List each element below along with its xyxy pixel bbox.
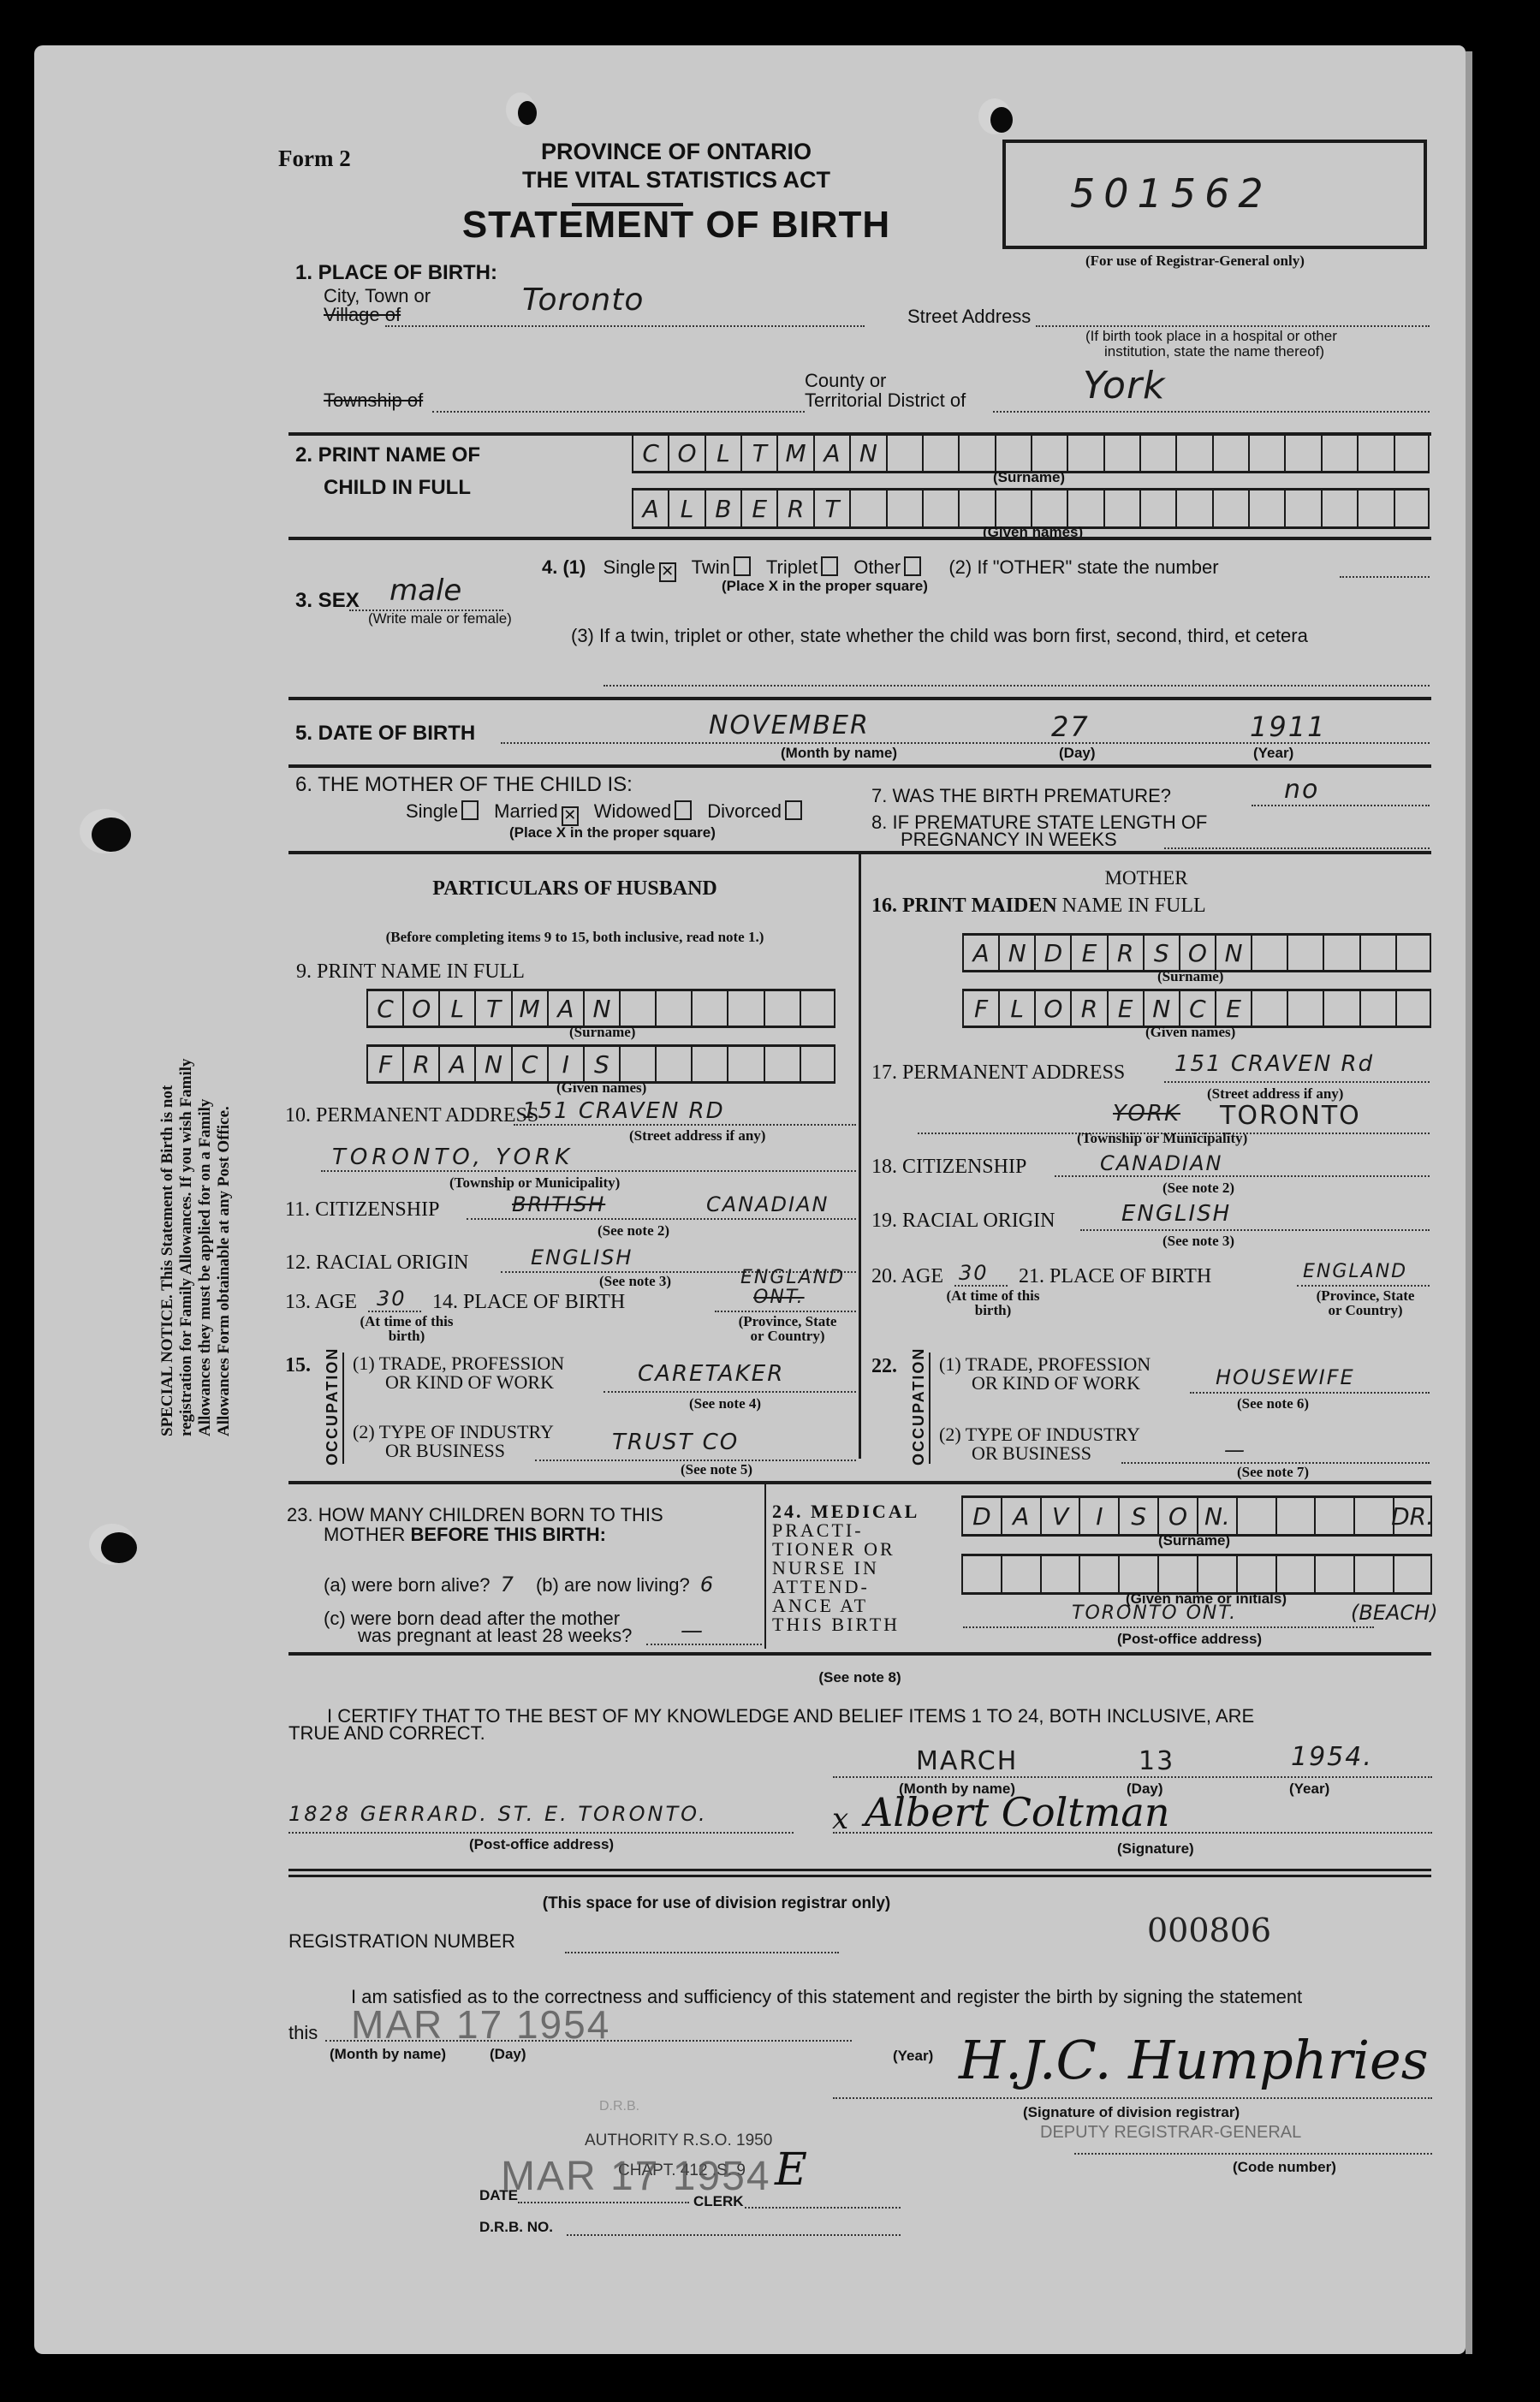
husband-surname-boxes[interactable]: COLTMAN: [366, 989, 835, 1028]
child-surname-cell[interactable]: [922, 435, 958, 471]
mother-address-street[interactable]: 151 CRAVEN Rd: [1174, 1051, 1374, 1077]
husband-industry-label-2: OR BUSINESS: [353, 1440, 505, 1461]
drb-no-label: D.R.B. NO.: [479, 2219, 553, 2236]
attendant-surname-cell[interactable]: V: [1040, 1498, 1079, 1534]
mother-given-cell[interactable]: [1359, 991, 1395, 1026]
child-name-label-2: CHILD IN FULL: [324, 476, 471, 500]
child-given-cell[interactable]: [1357, 491, 1393, 526]
child-surname-cell[interactable]: [1175, 435, 1211, 471]
child-given-cell[interactable]: [995, 491, 1031, 526]
husband-surname-cell[interactable]: [691, 991, 727, 1026]
husband-surname-cell[interactable]: [800, 991, 835, 1026]
child-given-cell[interactable]: [1139, 491, 1175, 526]
mother-given-cell[interactable]: F: [962, 991, 998, 1026]
mother-birthplace-value[interactable]: ENGLAND: [1303, 1261, 1407, 1282]
child-surname-cell[interactable]: N: [849, 435, 885, 471]
husband-trade-label: (1) TRADE, PROFESSIONOR KIND OF WORK: [353, 1354, 564, 1392]
child-given-cell[interactable]: [1175, 491, 1211, 526]
form-label: Form 2: [278, 146, 351, 172]
street-note-2: institution, state the name thereof): [1104, 343, 1324, 360]
child-given-cell[interactable]: A: [632, 491, 668, 526]
mother-trade-label: (1) TRADE, PROFESSIONOR KIND OF WORK: [939, 1355, 1151, 1393]
child-surname-cell[interactable]: [1357, 435, 1393, 471]
husband-surname-cell[interactable]: O: [402, 991, 438, 1026]
child-given-cell[interactable]: [849, 491, 885, 526]
plurality-caption: (Place X in the proper square): [722, 578, 928, 595]
special-notice-line-1: SPECIAL NOTICE. This Statement of Birth …: [158, 1058, 177, 1436]
husband-surname-cell[interactable]: [727, 991, 763, 1026]
mother-citizenship-line: [1055, 1175, 1430, 1177]
husband-surname-cell[interactable]: A: [547, 991, 583, 1026]
attendant-given-boxes[interactable]: [961, 1554, 1432, 1595]
registration-number-value[interactable]: 000806: [1147, 1911, 1271, 1949]
mother-status-option-label: Divorced: [707, 800, 782, 822]
mother-municipality-struck: YORK: [1113, 1101, 1180, 1127]
hole-punch-top-right-icon: [990, 107, 1013, 133]
mother-address-street-caption: (Street address if any): [1207, 1085, 1343, 1103]
child-surname-cell[interactable]: [886, 435, 922, 471]
mother-name-label-suffix: NAME IN FULL: [1062, 895, 1206, 917]
attendant-surname-cell[interactable]: N.: [1197, 1498, 1236, 1534]
child-surname-cell[interactable]: [1067, 435, 1103, 471]
sex-value[interactable]: male: [389, 574, 461, 608]
registrar-year-caption: (Year): [893, 2048, 933, 2065]
mother-age-line: [954, 1285, 1008, 1287]
attendant-label-line: TIONER OR: [772, 1540, 919, 1559]
child-surname-cell[interactable]: T: [740, 435, 776, 471]
husband-given-cell[interactable]: C: [511, 1047, 547, 1081]
children-label-2-bold: BEFORE THIS BIRTH:: [410, 1524, 606, 1545]
child-given-cell[interactable]: [1103, 491, 1139, 526]
attendant-label: 24. MEDICALPRACTI-TIONER ORNURSE INATTEN…: [772, 1502, 919, 1634]
mother-address-municipality[interactable]: TORONTO: [1220, 1101, 1361, 1131]
husband-age-caption: (At time of thisbirth): [347, 1314, 467, 1343]
mother-citizenship-label: 18. CITIZENSHIP: [871, 1156, 1026, 1179]
checkbox-icon[interactable]: [904, 556, 921, 576]
mother-status-label: 6. THE MOTHER OF THE CHILD IS:: [295, 773, 633, 797]
mother-given-caption: (Given names): [1145, 1024, 1235, 1041]
authority-line-1: AUTHORITY R.S.O. 1950: [585, 2131, 772, 2150]
child-surname-cell[interactable]: [1321, 435, 1357, 471]
checkbox-icon[interactable]: [461, 800, 479, 820]
husband-given-cell[interactable]: F: [366, 1047, 402, 1081]
attendant-address-extra[interactable]: (BEACH): [1351, 1601, 1438, 1625]
mother-surname-cell[interactable]: [1251, 936, 1287, 970]
mother-surname-cell[interactable]: [1323, 936, 1359, 970]
registrar-this-label: this: [288, 2022, 318, 2044]
child-given-cell[interactable]: R: [776, 491, 812, 526]
attendant-given-cell[interactable]: [1118, 1556, 1157, 1592]
husband-birthplace-line: [715, 1311, 856, 1312]
child-given-cell[interactable]: E: [740, 491, 776, 526]
drb-no-line: [567, 2234, 901, 2236]
mother-trade-value[interactable]: HOUSEWIFE: [1216, 1365, 1355, 1389]
column-divider: [859, 853, 861, 1459]
husband-occupation-bar: [342, 1353, 344, 1464]
husband-citizenship-label: 11. CITIZENSHIP: [285, 1198, 439, 1222]
child-given-cell[interactable]: [1321, 491, 1357, 526]
husband-trade-value[interactable]: CARETAKER: [638, 1361, 784, 1387]
husband-occupation-side-label: OCCUPATION: [324, 1347, 342, 1466]
clerk-line: [745, 2207, 901, 2209]
child-surname-boxes[interactable]: COLTMAN: [632, 432, 1430, 473]
mother-surname-cell[interactable]: A: [962, 936, 998, 970]
certify-address-caption: (Post-office address): [469, 1836, 614, 1853]
child-surname-cell[interactable]: C: [632, 435, 668, 471]
registrar-signature-value[interactable]: H.J.C. Humphries: [959, 2029, 1429, 2091]
mother-given-cell[interactable]: C: [1179, 991, 1215, 1026]
attendant-given-cell[interactable]: [961, 1556, 1001, 1592]
pregnancy-length-label-2: PREGNANCY IN WEEKS: [901, 829, 1117, 851]
mother-name-label: 16. PRINT MAIDEN NAME IN FULL: [871, 895, 1206, 918]
mother-origin-value[interactable]: ENGLISH: [1121, 1201, 1231, 1227]
attendant-surname-cell[interactable]: [1236, 1498, 1275, 1534]
attendant-surname-cell[interactable]: A: [1001, 1498, 1040, 1534]
registrar-space-note: (This space for use of division registra…: [288, 1894, 1145, 1913]
husband-occupation-number: 15.: [285, 1354, 311, 1377]
child-surname-cell[interactable]: [958, 435, 994, 471]
attendant-surname-cell[interactable]: O: [1157, 1498, 1197, 1534]
child-surname-cell[interactable]: [1284, 435, 1320, 471]
child-surname-cell[interactable]: [995, 435, 1031, 471]
husband-industry-value[interactable]: TRUST CO: [612, 1430, 739, 1455]
mother-industry-label-2: OR BUSINESS: [939, 1442, 1091, 1464]
mother-surname-cell[interactable]: O: [1179, 936, 1215, 970]
place-of-birth-label: 1. PLACE OF BIRTH:: [295, 261, 497, 285]
child-given-cell[interactable]: B: [705, 491, 740, 526]
mother-address-label: 17. PERMANENT ADDRESS: [871, 1061, 1125, 1085]
attendant-address-caption: (Post-office address): [1117, 1631, 1262, 1648]
husband-origin-caption: (See note 3): [599, 1273, 671, 1290]
husband-address-street-caption: (Street address if any): [629, 1127, 765, 1145]
husband-age-value[interactable]: 30: [377, 1287, 407, 1311]
born-dead-value[interactable]: —: [681, 1618, 705, 1644]
attendant-surname-cell[interactable]: [1314, 1498, 1353, 1534]
husband-address-municipality[interactable]: TORONTO, YORK: [332, 1145, 574, 1170]
certify-year-value[interactable]: 1954.: [1291, 1742, 1373, 1772]
child-surname-cell[interactable]: [1212, 435, 1248, 471]
mother-given-cell[interactable]: [1251, 991, 1287, 1026]
plurality-options: Single✕TwinTripletOther: [591, 556, 925, 578]
child-given-boxes[interactable]: ALBERT: [632, 488, 1430, 529]
husband-citizenship-value[interactable]: CANADIAN: [706, 1192, 829, 1216]
attendant-given-cell[interactable]: [1157, 1556, 1197, 1592]
plurality-option: Other: [853, 556, 925, 578]
city-line: [385, 325, 865, 327]
other-number-label: (2) If "OTHER" state the number: [948, 556, 1218, 578]
signature-value[interactable]: Albert Coltman: [865, 1789, 1169, 1835]
attendant-surname-boxes[interactable]: DAVISON.DR.: [961, 1495, 1432, 1537]
checkbox-icon[interactable]: [785, 800, 802, 820]
husband-surname-cell[interactable]: N: [583, 991, 619, 1026]
child-given-cell[interactable]: [1067, 491, 1103, 526]
code-number-line: [1074, 2153, 1432, 2155]
mother-status-option-label: Widowed: [594, 800, 671, 822]
mother-age-caption: (At time of thisbirth): [933, 1288, 1053, 1317]
child-name-label-1: 2. PRINT NAME OF: [295, 443, 480, 467]
mother-given-cell[interactable]: [1395, 991, 1431, 1026]
plurality-option-label: Single: [603, 556, 655, 578]
mother-surname-cell[interactable]: D: [1034, 936, 1070, 970]
attendant-surname-cell[interactable]: [1353, 1498, 1393, 1534]
husband-industry-caption: (See note 5): [681, 1461, 752, 1478]
act-heading: THE VITAL STATISTICS ACT: [411, 167, 942, 193]
attendant-given-cell[interactable]: [1353, 1556, 1393, 1592]
child-surname-cell[interactable]: [1394, 435, 1430, 471]
child-surname-cell[interactable]: L: [705, 435, 740, 471]
mother-origin-line: [1080, 1229, 1430, 1231]
premature-line: [1252, 805, 1430, 806]
birth-month-value[interactable]: NOVEMBER: [709, 710, 870, 740]
mother-surname-cell[interactable]: R: [1107, 936, 1143, 970]
plurality-option: Single✕: [603, 556, 679, 578]
attendant-given-cell[interactable]: [1275, 1556, 1315, 1592]
mother-surname-boxes[interactable]: ANDERSON: [962, 933, 1431, 972]
plurality-option-label: Twin: [692, 556, 730, 578]
mother-given-cell[interactable]: E: [1107, 991, 1143, 1026]
mother-trade-label-2: OR KIND OF WORK: [939, 1372, 1140, 1394]
child-given-cell[interactable]: [958, 491, 994, 526]
husband-given-cell[interactable]: I: [547, 1047, 583, 1081]
section-divider-6: [288, 1481, 1431, 1484]
attendant-surname-cell[interactable]: I: [1079, 1498, 1118, 1534]
certify-address-line: [288, 1832, 794, 1834]
date-of-birth-label: 5. DATE OF BIRTH: [295, 722, 475, 746]
child-given-cell[interactable]: T: [813, 491, 849, 526]
husband-surname-cell[interactable]: [655, 991, 691, 1026]
registrar-note: (For use of Registrar-General only): [1085, 253, 1305, 270]
birth-year-value[interactable]: 1911: [1250, 710, 1326, 743]
husband-given-cell[interactable]: [655, 1047, 691, 1081]
certify-statement-2: TRUE AND CORRECT.: [288, 1722, 485, 1745]
township-line: [432, 411, 805, 413]
husband-surname-cell[interactable]: [619, 991, 655, 1026]
mother-surname-cell[interactable]: E: [1070, 936, 1106, 970]
township-label: Township of: [324, 389, 423, 412]
attendant-given-cell[interactable]: [1314, 1556, 1353, 1592]
plurality-option: Twin: [692, 556, 754, 578]
mother-age-value[interactable]: 30: [959, 1261, 989, 1285]
mother-birthplace-line: [1297, 1285, 1430, 1287]
husband-given-cell[interactable]: [619, 1047, 655, 1081]
husband-given-caption: (Given names): [556, 1079, 646, 1097]
date-line: [518, 2202, 689, 2203]
husband-surname-cell[interactable]: C: [366, 991, 402, 1026]
husband-given-cell[interactable]: [800, 1047, 835, 1081]
mother-surname-cell[interactable]: [1395, 936, 1431, 970]
attendant-given-cell[interactable]: [1001, 1556, 1040, 1592]
husband-industry-label: (2) TYPE OF INDUSTRYOR BUSINESS: [353, 1423, 554, 1460]
husband-surname-cell[interactable]: L: [438, 991, 474, 1026]
now-living-value[interactable]: 6: [700, 1573, 715, 1596]
husband-given-cell[interactable]: [727, 1047, 763, 1081]
mother-surname-caption: (Surname): [1157, 968, 1223, 985]
husband-given-boxes[interactable]: FRANCIS: [366, 1044, 835, 1084]
attendant-label-line: ATTEND-: [772, 1578, 919, 1596]
page-title: STATEMENT OF BIRTH: [402, 204, 950, 247]
husband-address-line: [514, 1124, 856, 1126]
attendant-surname-cell[interactable]: S: [1118, 1498, 1157, 1534]
hole-punch-left-lower-icon: [101, 1532, 137, 1563]
husband-surname-cell[interactable]: T: [474, 991, 510, 1026]
code-number-caption: (Code number): [1233, 2159, 1336, 2176]
checkbox-icon[interactable]: [821, 556, 838, 576]
attendant-given-cell[interactable]: [1236, 1556, 1275, 1592]
province-heading: PROVINCE OF ONTARIO: [428, 139, 925, 165]
husband-birthplace-value[interactable]: ENGLAND: [740, 1267, 845, 1288]
registrar-number-box: 501562: [1002, 140, 1427, 249]
child-given-cell[interactable]: [1248, 491, 1284, 526]
husband-citizenship-struck: BRITISH: [512, 1192, 605, 1216]
mother-birthplace-caption: (Province, Stateor Country): [1288, 1288, 1442, 1317]
child-given-cell[interactable]: [922, 491, 958, 526]
mother-address-line: [1164, 1081, 1430, 1083]
husband-address-label: 10. PERMANENT ADDRESS: [285, 1104, 538, 1127]
husband-given-cell[interactable]: S: [583, 1047, 619, 1081]
signature-caption: (Signature): [1117, 1840, 1194, 1858]
child-surname-cell[interactable]: M: [776, 435, 812, 471]
mother-industry-label: (2) TYPE OF INDUSTRYOR BUSINESS: [939, 1425, 1140, 1463]
husband-given-cell[interactable]: A: [438, 1047, 474, 1081]
child-given-cell[interactable]: [1394, 491, 1430, 526]
mother-status-option: Single: [406, 800, 482, 822]
mother-given-cell[interactable]: O: [1034, 991, 1070, 1026]
mother-surname-cell[interactable]: [1287, 936, 1323, 970]
see-note-8: (See note 8): [288, 1669, 1431, 1686]
registrar-signature-caption: (Signature of division registrar): [1023, 2104, 1240, 2121]
premature-value[interactable]: no: [1284, 775, 1319, 805]
mother-industry-caption: (See note 7): [1237, 1464, 1309, 1481]
birth-day-value[interactable]: 27: [1051, 710, 1090, 743]
husband-given-cell[interactable]: [764, 1047, 800, 1081]
husband-given-cell[interactable]: N: [474, 1047, 510, 1081]
husband-surname-caption: (Surname): [569, 1024, 635, 1041]
child-surname-cell[interactable]: [1031, 435, 1067, 471]
county-value[interactable]: York: [1083, 364, 1166, 407]
page-edge-shadow: [1466, 51, 1472, 2354]
mother-surname-cell[interactable]: N: [1215, 936, 1251, 970]
attendant-given-cell[interactable]: [1197, 1556, 1236, 1592]
checkbox-icon[interactable]: [675, 800, 692, 820]
clerk-initial[interactable]: E: [775, 2144, 807, 2196]
born-alive-value[interactable]: 7: [501, 1573, 515, 1596]
section-divider-2: [288, 537, 1431, 540]
mother-given-cell[interactable]: E: [1215, 991, 1251, 1026]
husband-citizenship-caption: (See note 2): [598, 1222, 669, 1240]
child-surname-cell[interactable]: A: [813, 435, 849, 471]
child-given-cell[interactable]: L: [668, 491, 704, 526]
certify-day-value[interactable]: 13: [1139, 1746, 1174, 1776]
special-notice-line-3: Allowances they must be applied for on a…: [196, 1058, 215, 1436]
registrar-date-stamp: MAR 17 1954: [351, 2001, 610, 2048]
attendant-given-cell[interactable]: [1393, 1556, 1432, 1592]
mother-status-caption: (Place X in the proper square): [509, 824, 716, 841]
husband-given-cell[interactable]: R: [402, 1047, 438, 1081]
husband-name-label: 9. PRINT NAME IN FULL: [296, 960, 525, 984]
registrar-day-caption: (Day): [490, 2046, 526, 2063]
special-notice: SPECIAL NOTICE. This Statement of Birth …: [158, 1058, 234, 1436]
mother-surname-cell[interactable]: N: [998, 936, 1034, 970]
mother-surname-cell[interactable]: [1359, 936, 1395, 970]
mother-trade-line: [1190, 1392, 1430, 1394]
attendant-surname-cell[interactable]: DR.: [1393, 1498, 1432, 1534]
registrar-number: 501562: [1070, 170, 1272, 217]
special-notice-line-4: Allowances Form obtainable at any Post O…: [215, 1058, 234, 1436]
checkbox-icon[interactable]: ✕: [659, 562, 676, 582]
husband-address-street[interactable]: 151 CRAVEN RD: [522, 1098, 725, 1124]
husband-surname-cell[interactable]: [764, 991, 800, 1026]
mother-age-caption-2: birth): [975, 1302, 1012, 1318]
certify-address-value[interactable]: 1828 GERRARD. ST. E. TORONTO.: [288, 1802, 708, 1826]
mother-given-cell[interactable]: [1323, 991, 1359, 1026]
registration-number-line: [565, 1952, 839, 1953]
mother-given-cell[interactable]: R: [1070, 991, 1106, 1026]
child-surname-caption: (Surname): [993, 469, 1065, 486]
attendant-given-cell[interactable]: [1040, 1556, 1079, 1592]
mother-given-cell[interactable]: [1287, 991, 1323, 1026]
husband-given-cell[interactable]: [691, 1047, 727, 1081]
mother-surname-cell[interactable]: S: [1143, 936, 1179, 970]
attendant-surname-cell[interactable]: [1275, 1498, 1315, 1534]
clerk-label: CLERK: [693, 2193, 744, 2210]
attendant-label-line: PRACTI-: [772, 1521, 919, 1540]
birth-year-caption: (Year): [1253, 745, 1293, 762]
child-surname-cell[interactable]: O: [668, 435, 704, 471]
child-given-cell[interactable]: [1212, 491, 1248, 526]
child-surname-cell[interactable]: [1248, 435, 1284, 471]
child-given-cell[interactable]: [886, 491, 922, 526]
child-given-cell[interactable]: [1031, 491, 1067, 526]
husband-surname-cell[interactable]: M: [511, 991, 547, 1026]
born-alive-label: (a) were born alive?: [324, 1574, 490, 1596]
mother-industry-value[interactable]: —: [1224, 1438, 1246, 1462]
attendant-given-cell[interactable]: [1079, 1556, 1118, 1592]
checkbox-icon[interactable]: ✕: [562, 806, 579, 826]
husband-origin-value[interactable]: ENGLISH: [531, 1246, 633, 1269]
husband-trade-label-2: OR KIND OF WORK: [353, 1371, 554, 1393]
mother-given-cell[interactable]: L: [998, 991, 1034, 1026]
plurality-prefix: 4. (1): [542, 556, 586, 578]
child-given-cell[interactable]: [1284, 491, 1320, 526]
section-divider-7: [288, 1652, 1431, 1656]
checkbox-icon[interactable]: [734, 556, 751, 576]
drb-stamp: D.R.B.: [599, 2099, 639, 2114]
mother-given-boxes[interactable]: FLORENCE: [962, 989, 1431, 1028]
child-surname-cell[interactable]: [1103, 435, 1139, 471]
mother-citizenship-caption: (See note 2): [1162, 1180, 1234, 1197]
child-surname-cell[interactable]: [1139, 435, 1175, 471]
husband-trade-caption: (See note 4): [689, 1395, 761, 1412]
mother-given-cell[interactable]: N: [1143, 991, 1179, 1026]
attendant-address-value[interactable]: TORONTO ONT.: [1072, 1602, 1237, 1624]
street-note-1: (If birth took place in a hospital or ot…: [1085, 328, 1337, 345]
registration-number-label: REGISTRATION NUMBER: [288, 1930, 515, 1953]
mother-status-option: Widowed: [594, 800, 695, 822]
born-dead-label-2: was pregnant at least 28 weeks?: [358, 1625, 632, 1647]
mother-status-options: SingleMarried✕WidowedDivorced: [394, 800, 806, 826]
mother-name-label-prefix: 16. PRINT: [871, 895, 966, 917]
mother-origin-caption: (See note 3): [1162, 1233, 1234, 1250]
mother-citizenship-value[interactable]: CANADIAN: [1100, 1151, 1222, 1175]
attendant-surname-cell[interactable]: D: [961, 1498, 1001, 1534]
husband-birthplace-caption: (Province, Stateor Country): [711, 1314, 865, 1343]
city-value[interactable]: Toronto: [522, 282, 644, 318]
children-label-2: MOTHER BEFORE THIS BIRTH:: [324, 1524, 606, 1546]
children-attendant-divider: [764, 1483, 766, 1649]
husband-citizenship-line: [467, 1218, 856, 1220]
certify-month-value[interactable]: MARCH: [916, 1746, 1018, 1776]
premature-label: 7. WAS THE BIRTH PREMATURE?: [871, 785, 1171, 807]
